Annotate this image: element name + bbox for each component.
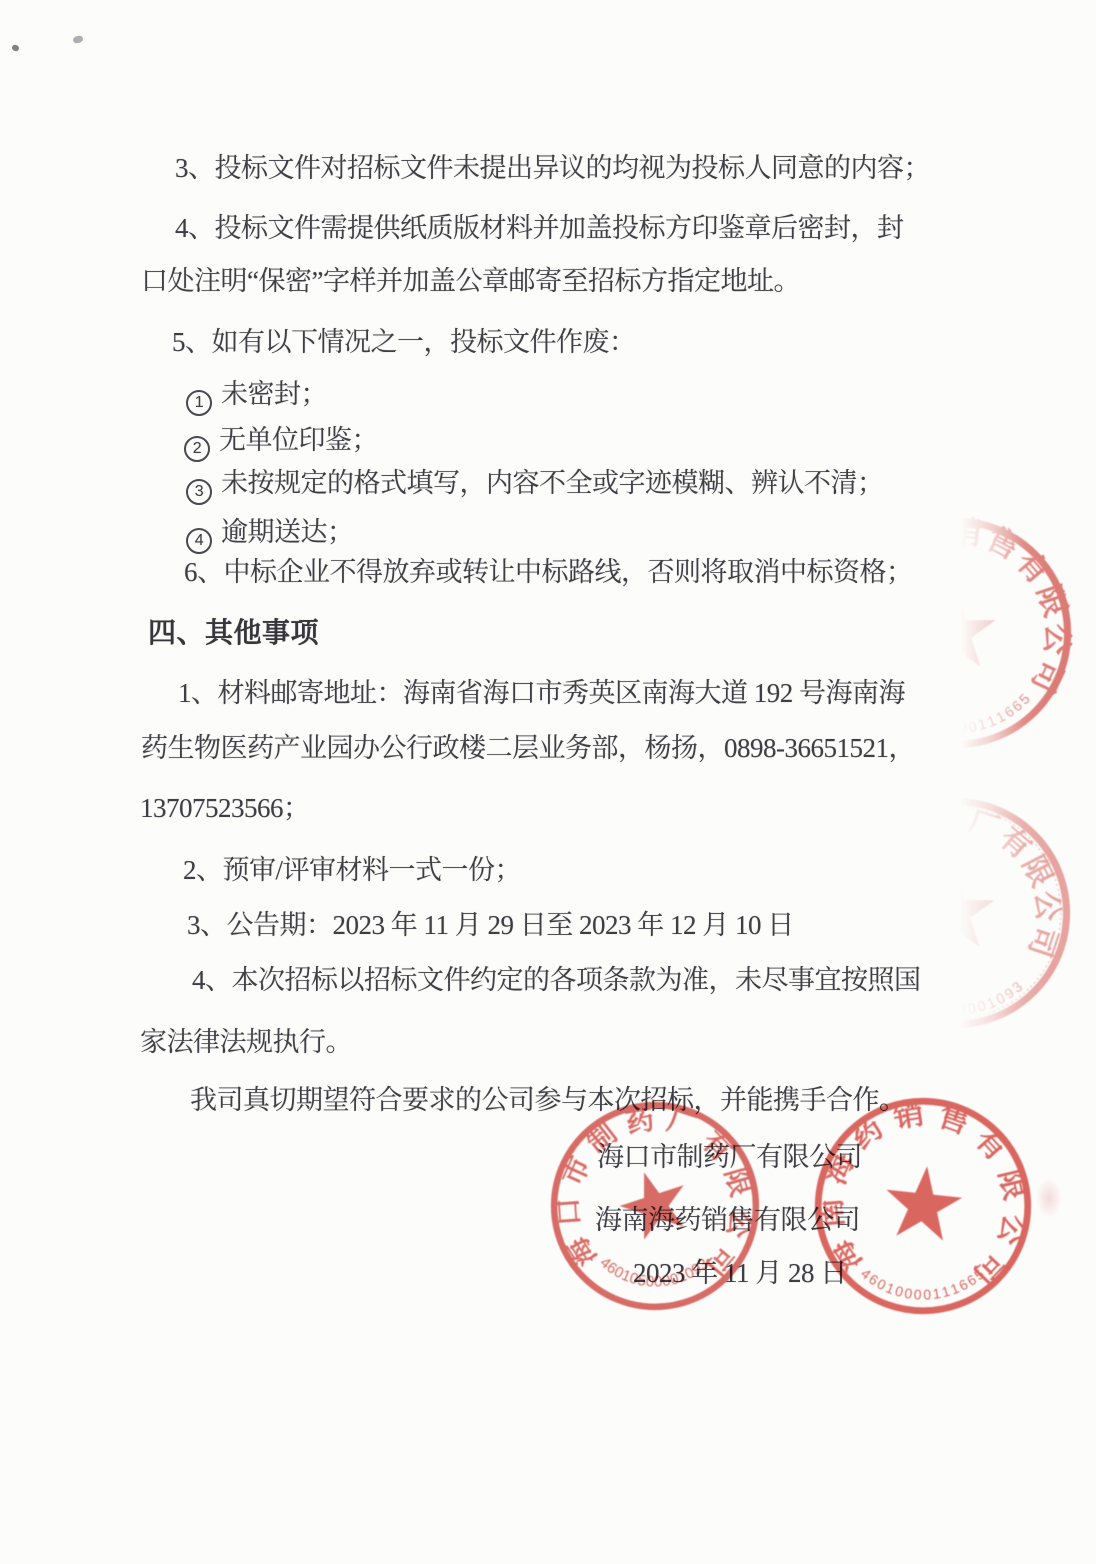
seal-company-text: 司 <box>1025 655 1070 698</box>
seal-serial-digit: 6 <box>866 1271 882 1289</box>
document-line: 家法律法规执行。 <box>140 1020 352 1059</box>
seal-serial-digit: 0 <box>957 1002 966 1019</box>
seal-serial-digit: 0 <box>948 721 957 737</box>
document-line: 2无单位印鉴； <box>184 418 378 462</box>
seal-serial-digit: 0 <box>913 1286 922 1302</box>
document-line: 1未密封； <box>186 372 327 416</box>
seal-serial-digit: 6 <box>603 1259 620 1278</box>
seal-company-text: 司 <box>1022 922 1063 961</box>
document-line: 3、投标文件对招标文件未提出异议的均视为投标人同意的内容； <box>175 146 930 185</box>
seal-serial-digit: 0 <box>938 720 948 737</box>
seal-serial-digit: 0 <box>611 1263 627 1282</box>
seal-serial-digit: 1 <box>931 1285 941 1302</box>
document-line: 1、材料邮寄地址：海南省海口市秀英区南海大道 192 号海南海 <box>178 671 905 710</box>
seal-company-text: 市 <box>556 1152 597 1191</box>
section-heading: 四、其他事项 <box>148 611 319 651</box>
seal-serial-digit: 0 <box>958 721 967 738</box>
seal-company-text: 销 <box>949 513 983 551</box>
seal-serial-digit: 6 <box>1009 698 1025 715</box>
document-line: 4、投标文件需提供纸质版材料并加盖投标方印鉴章后密封，封 <box>175 206 904 245</box>
seal-serial-digit: 1 <box>994 709 1009 727</box>
document-line: 6、中标企业不得放弃或转让中标路线，否则将取消中标资格； <box>184 550 913 589</box>
seal-serial-digit: 0 <box>874 1275 889 1293</box>
seal-company-text: 公 <box>1029 890 1064 922</box>
seal-company-text: 限 <box>1030 581 1073 622</box>
seal-star-icon <box>916 872 995 947</box>
seal-serial-digit: 1 <box>940 1283 952 1301</box>
seal-serial-digit: 1 <box>985 995 998 1013</box>
document-line: 3未按规定的格式填写，内容不全或字迹模糊、辨认不清； <box>186 461 884 505</box>
document-line: 5、如有以下情况之一，投标文件作废： <box>172 320 636 359</box>
document-line: 海口市制药厂有限公司 <box>597 1135 862 1174</box>
circled-number: 2 <box>184 436 210 462</box>
seal-company-text: 公 <box>1039 623 1076 657</box>
seal-company-text: 公 <box>991 1211 1032 1250</box>
document-line: 4、本次招标以招标文件约定的各项条款为准，未尽事宜按照国 <box>192 958 921 997</box>
seal-serial-digit: 0 <box>967 719 978 736</box>
seal-serial-digit: 0 <box>917 714 930 732</box>
seal-serial-digit: 1 <box>927 717 939 734</box>
document-line: 我司真切期望符合要求的公司参与本次招标，并能携手合作。 <box>190 1078 906 1117</box>
document-line: 3、公告期：2023 年 11 月 29 日至 2023 年 12 月 10 日 <box>187 903 794 942</box>
seal-serial-digit: 4 <box>858 1265 874 1282</box>
scan-speck <box>11 44 20 52</box>
seal-company-text: 厂 <box>964 805 1003 846</box>
seal-serial-digit: 5 <box>1017 691 1034 708</box>
seal-star-icon <box>887 1166 963 1240</box>
seal-serial-digit: 0 <box>967 1001 978 1018</box>
seal-company-text: 有 <box>1010 544 1057 590</box>
seal-serial-digit: 6 <box>956 1276 970 1294</box>
seal-company-text: 药 <box>932 804 964 839</box>
document-line: 2023 年 11 月 28 日 <box>633 1251 847 1290</box>
scan-smudge <box>1036 1178 1062 1218</box>
seal-serial-digit: 1 <box>948 1280 961 1298</box>
document-line: 药生物医药产业园办公行政楼二层业务部，杨扬，0898-36651521， <box>141 726 915 765</box>
seal-company-text: 限 <box>992 1166 1032 1203</box>
seal-company-text: 限 <box>1016 851 1059 893</box>
seal-company-text: 口 <box>847 865 888 904</box>
seal-serial-digit: 1 <box>985 713 998 731</box>
seal-serial-digit: 0 <box>903 1285 914 1302</box>
seal-serial-digit: 6 <box>1002 704 1018 722</box>
seal-company-text: 海 <box>836 601 875 637</box>
seal-company-text: 药 <box>907 515 947 557</box>
seal-company-text: 制 <box>893 809 935 852</box>
seal-company-text: 售 <box>981 521 1025 566</box>
seal-company-text: 海 <box>846 904 881 936</box>
seal-serial-digit: 4 <box>596 1254 613 1272</box>
seal-serial-digit: 3 <box>1010 979 1026 996</box>
document-line: 口处注明“保密”字样并加盖公章邮寄至招标方指定地址。 <box>141 259 800 298</box>
document-line: 2、预审/评审材料一式一份； <box>183 848 521 887</box>
seal-company-text: 有 <box>968 1122 1013 1167</box>
circled-number: 3 <box>186 479 212 505</box>
seal-serial-digit: 1 <box>976 717 988 735</box>
seal-company-text: 售 <box>934 1097 974 1140</box>
seal-serial-digit: 6 <box>964 1271 979 1289</box>
seal-company-text: 司 <box>967 1247 1012 1292</box>
seal-serial-digit: 0 <box>994 990 1009 1008</box>
seal-company-text: 有 <box>993 821 1037 866</box>
seal-serial-digit: 0 <box>926 999 938 1016</box>
seal-company-text: 口 <box>554 1197 587 1227</box>
seal-company-text: 市 <box>863 831 908 875</box>
seal-serial-digit: 0 <box>923 1286 932 1302</box>
seal-serial-digit: 0 <box>947 1003 956 1019</box>
document-line: 13707523566； <box>140 786 310 825</box>
seal-serial-digit: 1 <box>619 1267 633 1286</box>
document-page: 3、投标文件对招标文件未提出异议的均视为投标人同意的内容；4、投标文件需提供纸质… <box>0 0 1096 1564</box>
seal-serial-digit: 5 <box>936 1001 946 1018</box>
scan-speck <box>72 35 83 44</box>
document-line: 海南海药销售有限公司 <box>595 1198 860 1237</box>
seal-serial-digit: 1 <box>915 996 928 1014</box>
seal-serial-digit: 5 <box>971 1266 987 1283</box>
seal-serial-digit: 0 <box>893 1283 905 1301</box>
circled-number: 1 <box>186 390 212 416</box>
seal-serial-digit: 0 <box>976 998 988 1016</box>
seal-serial-digit: 1 <box>884 1279 897 1297</box>
document-line: 4逾期送达； <box>186 510 354 554</box>
seal-serial-digit: 9 <box>1002 985 1018 1003</box>
seal-star-icon <box>917 592 996 667</box>
